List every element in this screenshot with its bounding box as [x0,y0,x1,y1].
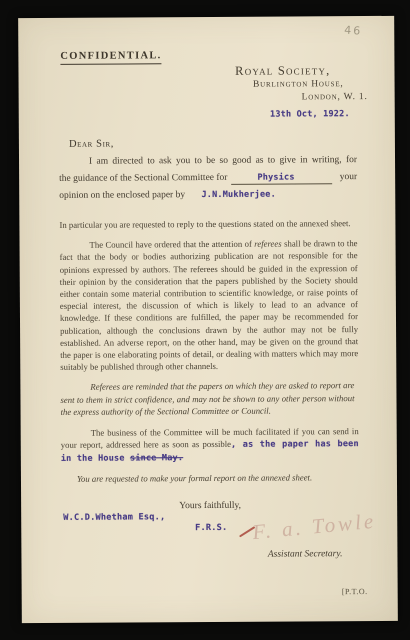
pencil-folio-number: 46 [344,24,363,38]
formal-report-note: You are requested to make your formal re… [61,472,359,484]
typed-date: 13th Oct, 1922. [19,108,395,122]
business-typed-struck: since May. [130,454,183,464]
author-fill-in: J.N.Mukherjee. [201,189,276,199]
letterhead-society: Royal Society, [18,63,394,79]
request-line3: opinion on the enclosed paper by J.N.Muk… [59,186,357,204]
particular-paragraph: In particular you are requested to reply… [59,217,357,231]
letter-paper: 46 CONFIDENTIAL. Royal Society, Burlingt… [18,16,398,623]
request-line2: the guidance of the Sectional Committee … [59,169,357,188]
request-line2-pre: the guidance of the Sectional Committee … [59,169,227,187]
letterhead-address-line2: London, W. 1. [19,91,395,105]
salutation: Dear Sir, [69,137,357,150]
confidence-paragraph: Referees are reminded that the papers on… [60,380,358,418]
pto-note: [P.T.O. [342,587,368,596]
request-line2-post: your [340,169,358,186]
scanned-letter-page: { "page": { "folio": "46" }, "header": {… [0,0,410,640]
signature-area: F. a. Towle [236,508,386,555]
council-text-pre: The Council have ordered that the attent… [90,239,255,250]
handwritten-signature: F. a. Towle [251,509,377,545]
request-paragraph: I am directed to ask you to be so good a… [59,152,357,204]
business-paragraph: The business of the Committee will be mu… [61,425,359,465]
committee-fill-in: Physics [231,171,331,185]
referees-italic-word: referees [254,239,281,249]
council-paragraph: The Council have ordered that the attent… [60,237,359,373]
request-line1: I am directed to ask you to be so good a… [59,152,357,170]
letterhead-address-line1: Burlington House, [19,78,395,92]
council-text-post: shall be drawn to the fact that the body… [60,238,359,372]
letter-body: Dear Sir, I am directed to ask you to be… [19,137,398,561]
request-line3-pre: opinion on the enclosed paper by [59,190,185,201]
letterhead: Royal Society, Burlington House, London,… [18,63,394,122]
confidential-heading: CONFIDENTIAL. [60,50,161,65]
confidential-stamp-row: CONFIDENTIAL. [18,16,394,65]
